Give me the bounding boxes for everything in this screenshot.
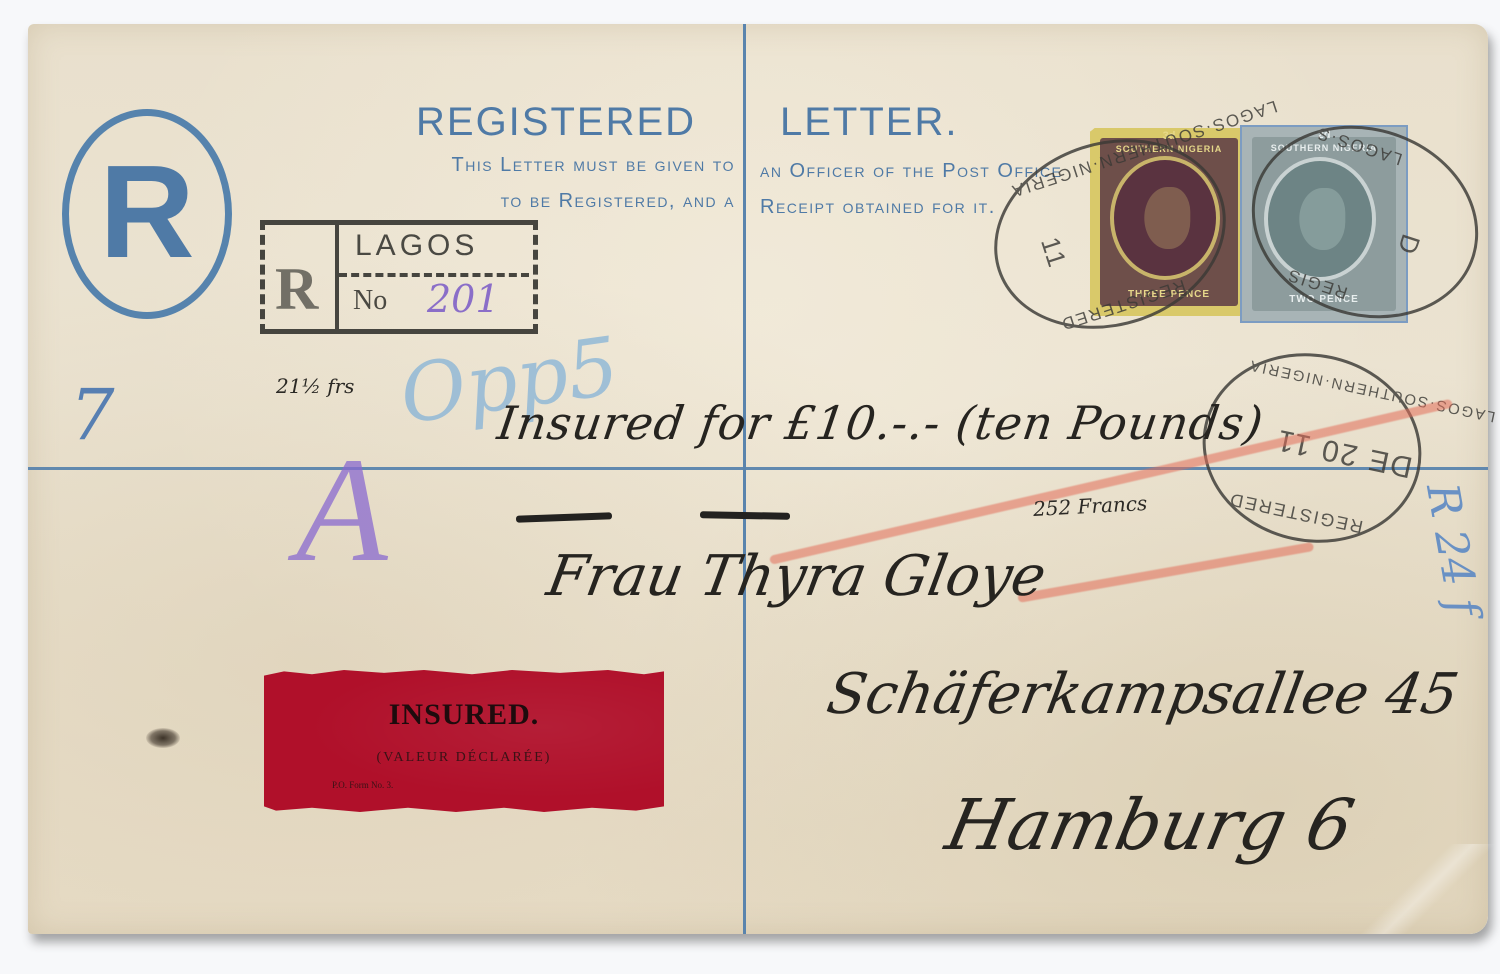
postmark-bottom-text: REGISTERED: [1058, 275, 1188, 334]
address-street: Schäferkampsallee 45: [822, 662, 1463, 727]
addressee-name: Frau Thyra Gloye: [542, 544, 1050, 609]
vertical-divider-line: [743, 24, 746, 934]
insured-label: INSURED. (VALEUR DÉCLARÉE) P.O. Form No.…: [264, 670, 664, 812]
instruction-right-line2: Receipt obtained for it.: [760, 196, 996, 219]
postmark-date: 11: [1034, 233, 1073, 272]
insured-label-subtitle: (VALEUR DÉCLARÉE): [264, 750, 664, 766]
red-crayon-stroke: [1017, 542, 1314, 603]
insured-label-title: INSURED.: [264, 698, 664, 732]
postmark-date: D: [1390, 230, 1426, 259]
registration-no-label: No: [353, 285, 387, 317]
corner-crease: [1358, 844, 1498, 934]
insured-label-form: P.O. Form No. 3.: [332, 780, 393, 790]
instruction-left-line2: to be Registered, and a: [501, 190, 735, 213]
postage-note: 21½ frs: [276, 374, 354, 398]
registered-envelope: R REGISTERED LETTER. This Letter must be…: [28, 24, 1488, 934]
ink-dash: [516, 512, 612, 522]
insured-amount-note: Insured for £10.-.- (ten Pounds): [494, 396, 1267, 450]
blue-side-note: R 24 f: [1416, 479, 1489, 619]
registration-number: 201: [427, 277, 500, 321]
blue-crayon-mark: 7: [70, 374, 115, 456]
registered-r-circle-icon: R: [62, 109, 232, 319]
postmark-top-text: LAGOS·SOUTHERN·NIGERIA: [1247, 356, 1497, 425]
address-city: Hamburg 6: [939, 784, 1361, 866]
violet-initial-mark: A: [296, 424, 388, 596]
registration-r-mark: R: [275, 255, 318, 324]
francs-note: 252 Francs: [1032, 491, 1147, 521]
ink-stain: [146, 728, 180, 748]
registration-town: LAGOS: [355, 229, 478, 263]
ink-dash: [700, 511, 790, 520]
title-letter: LETTER.: [780, 100, 958, 145]
instruction-left-line1: This Letter must be given to: [452, 154, 735, 177]
registration-number-row: No 201: [339, 273, 529, 331]
registration-box-stamp: R LAGOS No 201: [260, 220, 538, 334]
registration-r-panel: R: [265, 225, 339, 329]
title-registered: REGISTERED: [416, 100, 696, 145]
postmark-bottom-text: REGISTERED: [1227, 488, 1365, 537]
r-symbol: R: [99, 146, 194, 278]
